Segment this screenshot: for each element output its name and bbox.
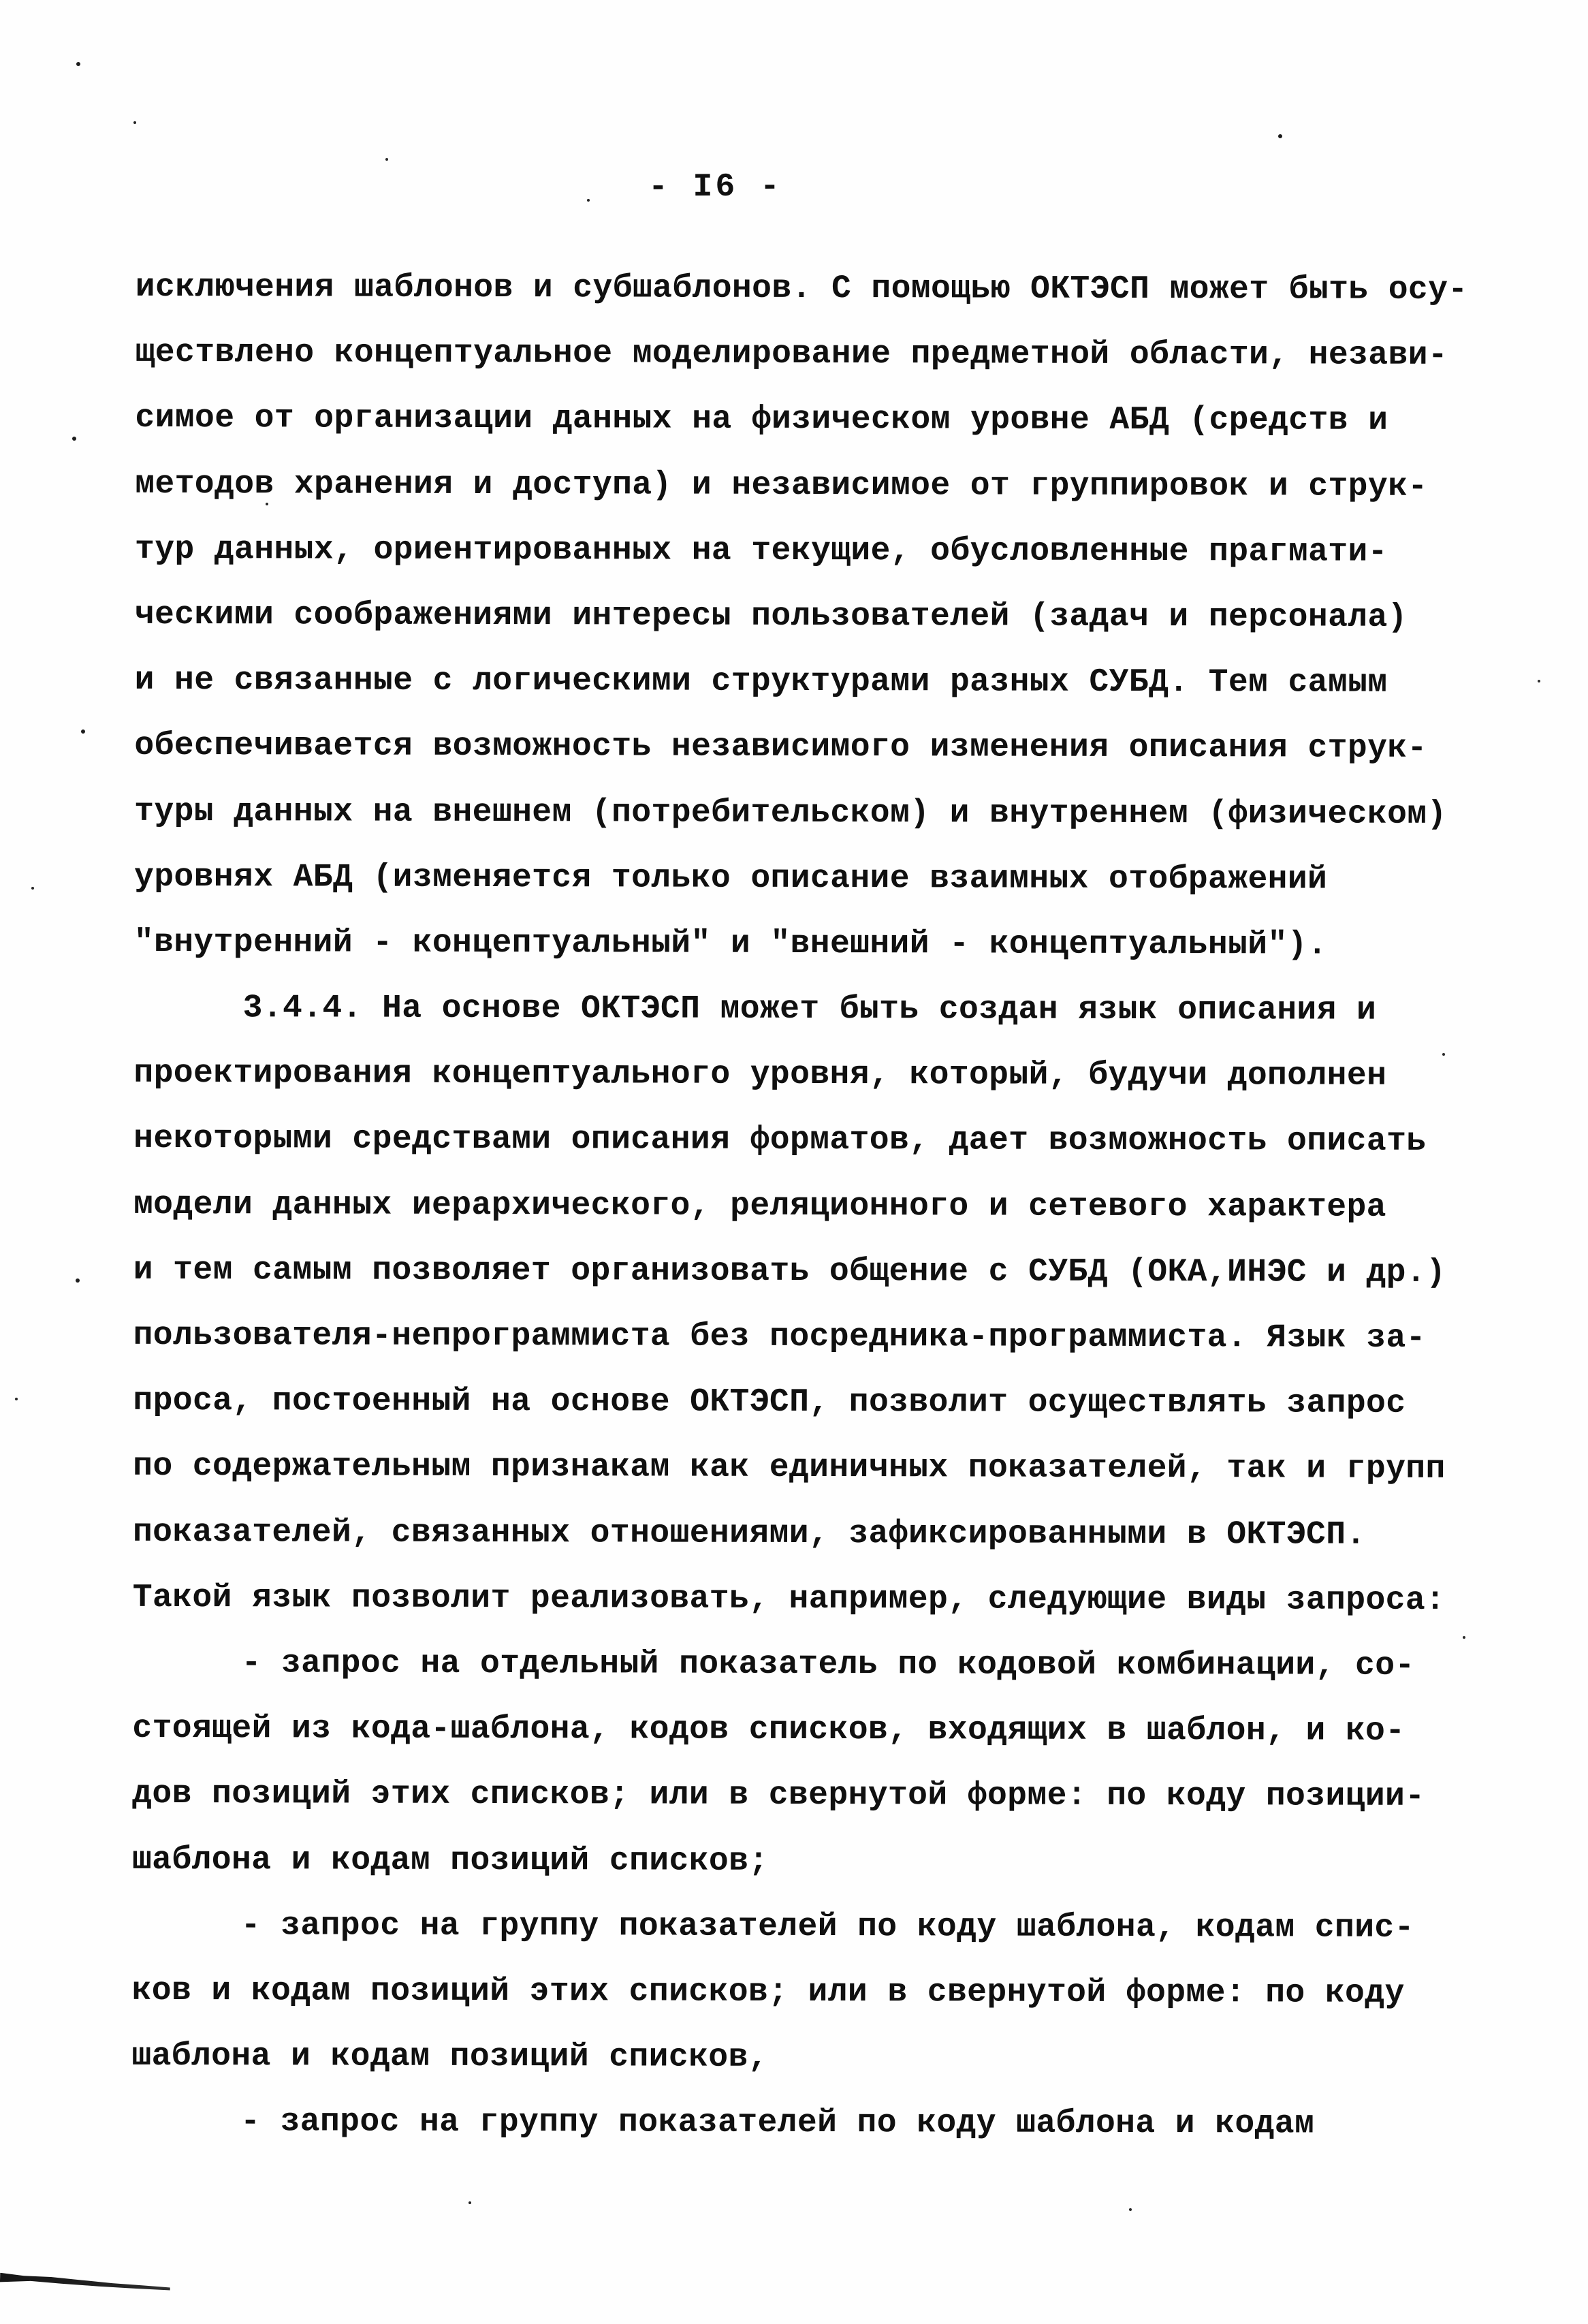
text-line: - запрос на группу показателей по коду ш… — [132, 1893, 1484, 1961]
text-line: стоящей из кода-шаблона, кодов списков, … — [132, 1696, 1484, 1764]
page-number: - I6 - — [648, 168, 782, 206]
scan-artifact-streak — [0, 2269, 170, 2294]
body-text-block: исключения шаблонов и субшаблонов. С пом… — [131, 255, 1487, 2158]
text-line: ков и кодам позиций этих списков; или в … — [131, 1958, 1483, 2026]
text-line: методов хранения и доступа) и независимо… — [135, 451, 1487, 519]
text-line: проектирования концептуального уровня, к… — [133, 1041, 1485, 1109]
text-line: показателей, связанных отношениями, зафи… — [133, 1499, 1484, 1567]
text-line: туры данных на внешнем (потребительском)… — [134, 779, 1486, 847]
text-line: шаблона и кодам позиций списков; — [132, 1827, 1484, 1895]
text-line: Такой язык позволит реализовать, наприме… — [133, 1565, 1484, 1633]
text-line: обеспечивается возможность независимого … — [134, 713, 1486, 781]
text-line: дов позиций этих списков; или в свернуто… — [132, 1761, 1484, 1830]
text-line: - запрос на группу показателей по коду ш… — [131, 2089, 1483, 2157]
text-line: - запрос на отдельный показатель по кодо… — [132, 1631, 1484, 1699]
scan-noise-specks — [0, 0, 3, 3]
text-line: симое от организации данных на физическо… — [135, 386, 1487, 454]
text-line: и не связанные с логическими структурами… — [135, 648, 1487, 716]
text-line: шаблона и кодам позиций списков, — [131, 2024, 1483, 2092]
text-line: ществлено концептуальное моделирование п… — [136, 320, 1487, 388]
text-line: модели данных иерархического, реляционно… — [133, 1172, 1485, 1240]
scanned-document-page: - I6 - исключения шаблонов и субшаблонов… — [0, 0, 1588, 2324]
text-line: ческими соображениями интересы пользоват… — [135, 582, 1487, 650]
text-line: и тем самым позволяет организовать общен… — [133, 1238, 1485, 1306]
text-line: некоторыми средствами описания форматов,… — [133, 1106, 1485, 1174]
text-line: исключения шаблонов и субшаблонов. С пом… — [136, 255, 1487, 323]
text-line: по содержательным признакам как единичны… — [133, 1434, 1484, 1502]
text-line: 3.4.4. На основе ОКТЭСП может быть созда… — [134, 975, 1486, 1043]
text-line: проса, постоенный на основе ОКТЭСП, позв… — [133, 1368, 1484, 1436]
text-line: "внутренний - концептуальный" и "внешний… — [134, 910, 1486, 978]
text-line: тур данных, ориентированных на текущие, … — [135, 517, 1487, 585]
text-line: уровнях АБД (изменяется только описание … — [134, 845, 1486, 913]
text-line: пользователя-непрограммиста без посредни… — [133, 1303, 1484, 1371]
